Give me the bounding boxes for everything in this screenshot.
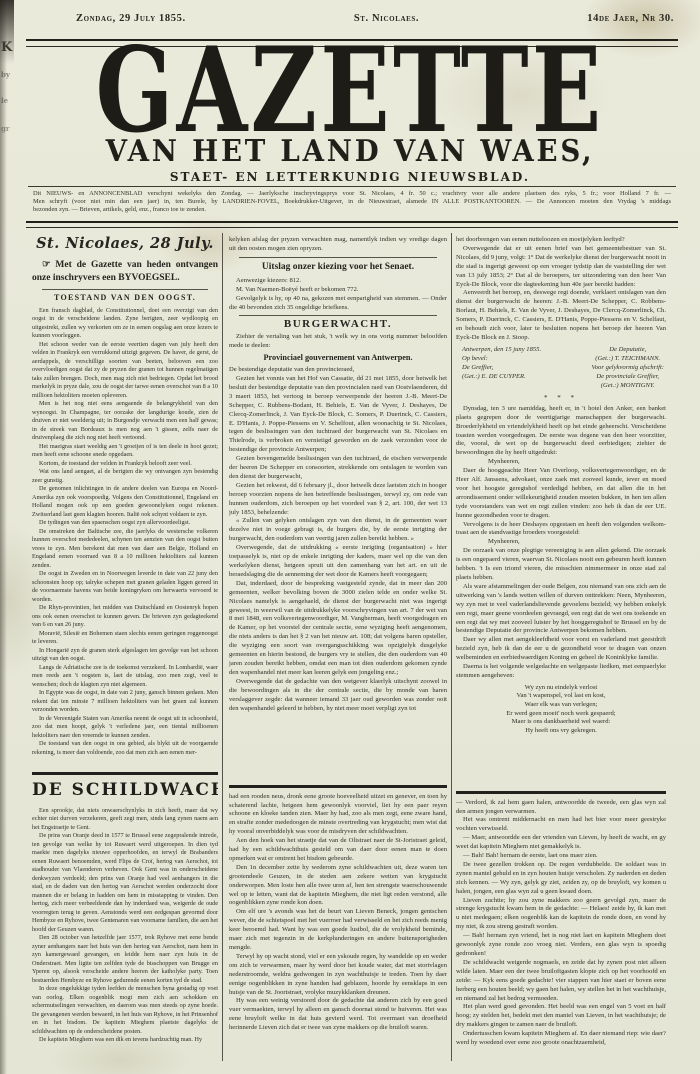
article-paragraph: Gevolgelyk is hy, op 40 na, gekozen met … xyxy=(229,295,447,313)
signature-line: Voor gelykvormig afschrift: xyxy=(591,363,664,372)
signature-line: De Greffier, xyxy=(462,363,541,372)
article-paragraph: Het maeigras staet weeldig aen 't groeij… xyxy=(32,443,218,460)
poem-line: Waer elk was van verlegen; xyxy=(456,701,666,710)
imprint-line: bezonden zyn. — Brieven, artikels, geld,… xyxy=(33,206,671,214)
poem-line: Wy zyn nu eindelyk verlost xyxy=(456,684,666,693)
song-verse: Wy zyn nu eindelyk verlostVan 't wapensp… xyxy=(456,684,666,736)
article-paragraph: Hy was een weinig verstoord door de geda… xyxy=(229,997,447,1033)
signature-line: (Get.:) MONTIGNY. xyxy=(591,381,664,390)
masthead-subtitle: VAN HET LAND VAN WAES, xyxy=(28,134,672,169)
column-divider-rule xyxy=(222,233,223,1061)
separator-rule xyxy=(239,257,437,258)
article-paragraph: Gezien het rekwest, dd 6 february jl., d… xyxy=(229,482,447,518)
column-1-top: St. Nicolaes, 28 July.☞ Met de Gazette v… xyxy=(32,236,218,770)
imprint-bottom-rule xyxy=(26,221,678,228)
salutation-line: Mynheeren, xyxy=(456,458,666,467)
masthead-title: GAZETTE xyxy=(77,40,623,140)
column-3-bottom: — Verdord, ik zal hem gaen halen, antwoo… xyxy=(456,791,666,1062)
article-paragraph: De omstreken der Baltische zee, die jaer… xyxy=(32,528,218,571)
column-2-bottom: had een rooden neus, dronk eene groote h… xyxy=(229,785,447,1062)
imprint-line: Dit NIEUWS- en ANNONCENBLAD verschynt we… xyxy=(33,190,671,198)
page-edge-artifact: K xyxy=(1,40,12,55)
column-2-top: kelyken afslag der pryzen verwachten mag… xyxy=(229,236,447,782)
separator-rule xyxy=(239,315,437,316)
signature-left: Antwerpen, den 15 juny 1855.Op bevel:De … xyxy=(462,345,541,390)
article-paragraph: De schildwacht weigerde nogmaels, en zei… xyxy=(456,959,666,1004)
column-divider-rule xyxy=(451,233,452,1061)
signature-right: De Deputatie,(Get.:) T. TEICHMANN.Voor g… xyxy=(591,345,664,390)
separator-rule xyxy=(42,289,208,290)
article-paragraph: In deze ongelukkige tyden leefden de men… xyxy=(32,985,218,1036)
article-paragraph: Wat ons land aengaet, al de berigten die… xyxy=(32,468,218,485)
article-paragraph: Moravië, Silesië en Bohemen staen slecht… xyxy=(32,630,218,647)
article-paragraph: Kortom, de toestand der velden in Frankr… xyxy=(32,460,218,469)
newspaper-page: K by le gr Zondag, 29 July 1855. St. Nic… xyxy=(0,0,700,1074)
article-paragraph: De twee gezellen trokken op. De regen ve… xyxy=(456,861,666,897)
article-paragraph: De toestand van den oogst in ons gebied,… xyxy=(32,740,218,757)
article-paragraph: Men is het nog niet eens aengaende de be… xyxy=(32,400,218,443)
article-paragraph: Vervolgens is de heer Deshayes opgestaen… xyxy=(456,521,666,539)
article-paragraph: Ondertusschen kwam kapitein Mieghem af. … xyxy=(456,1030,666,1048)
result-line: Aenwezige kiezers: 812. xyxy=(229,277,447,286)
article-paragraph: De genomen inlichtingen in de andere dee… xyxy=(32,485,218,519)
article-paragraph: Overwegende, dat de uitdrukking « eerste… xyxy=(229,544,447,580)
article-paragraph: Terwyl hy op wacht stond, viel er een ys… xyxy=(229,953,447,998)
page-edge-artifact: le xyxy=(1,96,8,105)
article-paragraph: Aenveerdt het beroep, en, deswege regt d… xyxy=(456,289,666,342)
article-paragraph: Aen den hoek van het straetje dat van de… xyxy=(229,837,447,864)
signature-line: Antwerpen, den 15 juny 1855. xyxy=(462,345,541,354)
article-heading-schildwacht: DE SCHILDWACHT. xyxy=(32,780,218,800)
signature-block: Antwerpen, den 15 juny 1855.Op bevel:De … xyxy=(456,343,666,392)
article-paragraph: Om elf ure 's avonds was het de beurt va… xyxy=(229,908,447,953)
article-heading-oogst: TOESTAND VAN DEN OOGST. xyxy=(32,294,218,303)
article-paragraph: De prins van Oranje deed in 1577 te Brus… xyxy=(32,832,218,934)
article-paragraph: Lieven zuchtte; hy zou zyne makkers zoo … xyxy=(456,897,666,933)
article-paragraph: De kapitein Mieghem was een dik en teven… xyxy=(32,1036,218,1045)
article-paragraph-continuation: kelyken afslag der pryzen verwachten mag… xyxy=(229,236,447,254)
imprint-line: Men schryft (voor niet min dan een jaer)… xyxy=(33,198,671,206)
article-paragraph: Daer wy allen met aengekleefdheid voor v… xyxy=(456,636,666,663)
poem-line: Van 't wapenspel, vol last en kost, xyxy=(456,692,666,701)
article-paragraph: Een fransch dagblad, de Constitutionnel,… xyxy=(32,307,218,341)
article-paragraph: Als ware afstammelingen der oude Belgen,… xyxy=(456,583,666,636)
column-3-top: het doorbrengen van eenen nutteloozen en… xyxy=(456,236,666,788)
article-paragraph: Langs de Adriatische zee is de toekomst … xyxy=(32,664,218,690)
article-paragraph: Dat, inderdaed, door de bespreking vastg… xyxy=(229,580,447,678)
article-paragraph-continuation: het doorbrengen van eenen nutteloozen en… xyxy=(456,236,666,245)
page-edge-shadow xyxy=(0,0,7,1074)
article-heading-kiezing: Uitslag onzer kiezing voor het Senaet. xyxy=(229,262,447,273)
article-paragraph-continuation: — Verdord, ik zal hem gaen halen, antwoo… xyxy=(456,799,666,817)
article-paragraph: De bestendige deputatie van den provinci… xyxy=(229,366,447,375)
dateline-heading: St. Nicolaes, 28 July. xyxy=(32,236,218,252)
result-line: M. Van Naemen-Boëyé heeft er bekomen 772… xyxy=(229,286,447,295)
article-paragraph: De oogst in Zweden en in Noorwegen lever… xyxy=(32,570,218,604)
article-paragraph-continuation: had een rooden neus, dronk eene groote h… xyxy=(229,793,447,838)
article-paragraph: Gezien het vonnis van het Hof van Cassat… xyxy=(229,375,447,455)
imprint-block: Dit NIEUWS- en ANNONCENBLAD verschynt we… xyxy=(33,190,671,215)
salutation-line: Mynheeren, xyxy=(456,538,666,547)
article-paragraph: Ziehier de vertaling van het stuk, 't we… xyxy=(229,333,447,351)
article-paragraph: De oorzaek van onze plegtige vereeniging… xyxy=(456,547,666,583)
article-paragraph: De Rhyn-provintien, het midden van Duits… xyxy=(32,604,218,630)
article-paragraph: Gezien bovengemelde beslissingen van den… xyxy=(229,455,447,482)
article-paragraph: Den 28 october van hetzelfde jaer 1577, … xyxy=(32,934,218,985)
article-paragraph: In Hongarië zyn de granen sterk afgeslag… xyxy=(32,647,218,664)
article-paragraph: Den 1n december zette hy wederom zyne sc… xyxy=(229,864,447,909)
article-paragraph: Daer de hooggeachte Heer Van Overloop, v… xyxy=(456,467,666,520)
section-rule xyxy=(456,791,666,794)
page-edge-artifact: by xyxy=(1,70,10,79)
poem-line: Hy heeft ons vry gekregen. xyxy=(456,727,666,736)
page-edge-artifact: gr xyxy=(1,124,10,133)
article-paragraph: Een sprookje, dat niets onwaerschynlyks … xyxy=(32,807,218,833)
masthead-tagline: STAET- EN LETTERKUNDIG NIEUWSBLAD. xyxy=(0,170,700,184)
article-paragraph: Overwegende dat de gedachte van den wetg… xyxy=(229,678,447,714)
article-heading-gouvernement: Provinciael gouvernement van Antwerpen. xyxy=(229,354,447,363)
section-rule xyxy=(32,772,218,775)
article-paragraph: — Maer, antwoordde een der vrienden van … xyxy=(456,834,666,852)
column-1-bottom: DE SCHILDWACHT.Een sprookje, dat niets o… xyxy=(32,772,218,1058)
signature-line: Op bevel: xyxy=(462,354,541,363)
article-paragraph: De tydingen van den spaenschen oogst zyn… xyxy=(32,519,218,528)
signature-line: De Deputatie, xyxy=(591,345,664,354)
article-paragraph: — Bah! Bah! hernam de eerste, laet ons m… xyxy=(456,852,666,861)
byvoegsel-notice: ☞ Met de Gazette van heden ontvangen onz… xyxy=(32,259,218,284)
imprint-top-rule xyxy=(28,186,676,187)
article-paragraph: Daerna is het volgende welgedachte en we… xyxy=(456,663,666,681)
signature-line: (Get.:) E. DE CUYPER. xyxy=(462,372,541,381)
article-paragraph: Overwegende dat er uit eenen brief van h… xyxy=(456,245,666,290)
article-paragraph: « Zullen van gelyken ontslagen zyn van d… xyxy=(229,517,447,544)
article-paragraph: Dynsdag, ten 3 ure namiddag, heeft er, i… xyxy=(456,405,666,458)
article-heading-burgerwacht: BURGERWACHT. xyxy=(229,320,447,329)
signature-line: De provinciale Greffier, xyxy=(591,372,664,381)
article-paragraph: Het schoon weder van de eerste veertien … xyxy=(32,341,218,401)
poem-line: Maer is ons dankbaerheid wel waerd: xyxy=(456,718,666,727)
poem-line: Er werd geen moeit' noch werk gespaerd; xyxy=(456,710,666,719)
article-paragraph: In de Vereenigde Staten van Amerika neem… xyxy=(32,715,218,741)
article-paragraph: — Bah! hernam zyn vriend, het is nog nie… xyxy=(456,932,666,959)
article-paragraph: Het plan werd goed gevonden. Het beeld w… xyxy=(456,1003,666,1030)
article-paragraph: In Egypte was de oogst, in date van 2 ju… xyxy=(32,689,218,715)
signature-line: (Get.:) T. TEICHMANN. xyxy=(591,354,664,363)
ornament-divider: * * * xyxy=(456,394,666,403)
article-paragraph: Het was omtrent middernacht en men had h… xyxy=(456,816,666,834)
section-rule xyxy=(229,785,447,788)
